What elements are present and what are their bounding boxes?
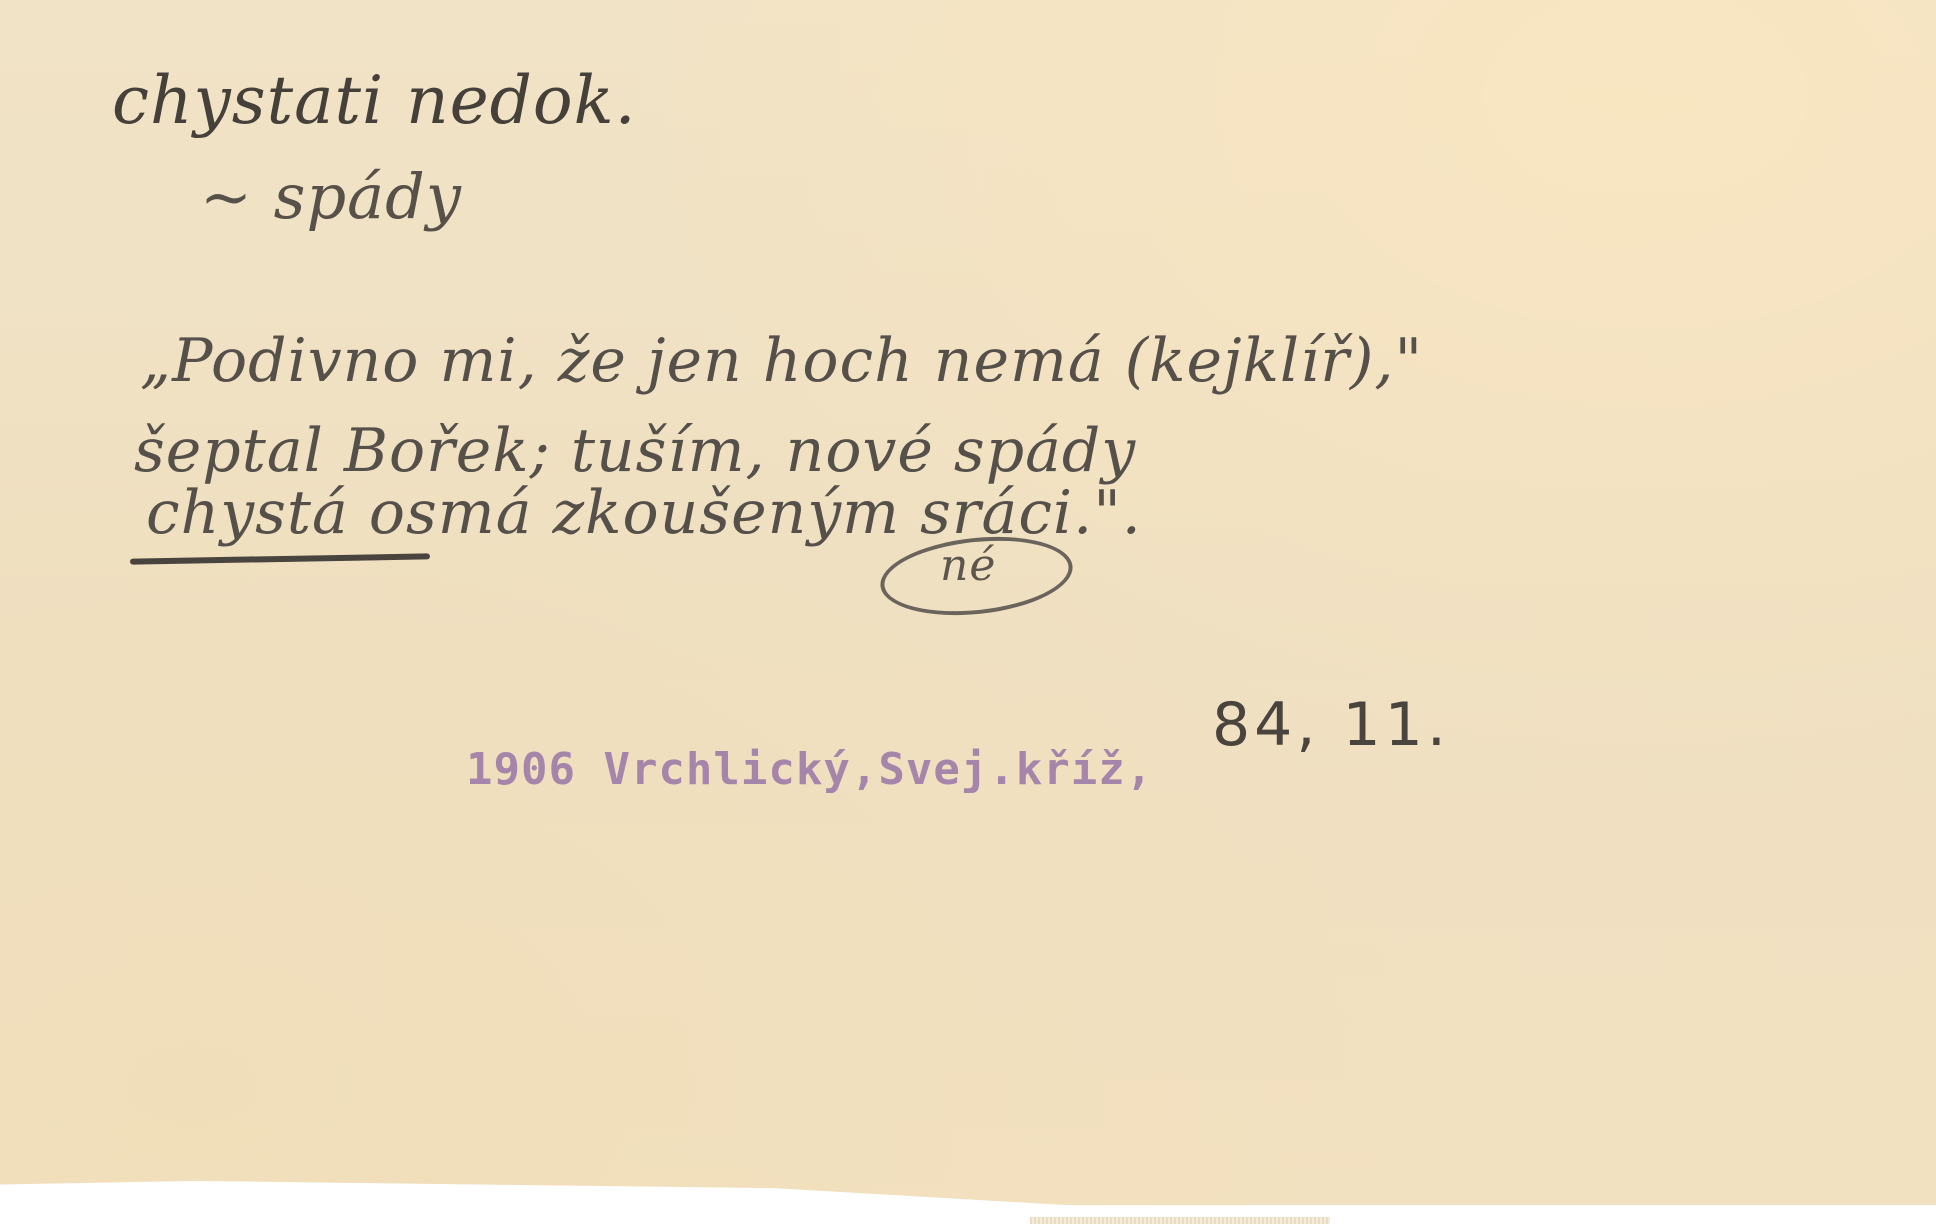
source-stamp: 1906 Vrchlický,Svej.kříž,	[466, 744, 1153, 795]
headword: chystati nedok.	[112, 62, 637, 139]
quote-line-1: „Podivno mi, že jen hoch nemá (kejklíř),…	[140, 326, 1423, 396]
quote-line-2: šeptal Bořek; tuším, nové spády	[134, 416, 1136, 486]
page-reference: 84, 11.	[1212, 690, 1450, 760]
correction-text: né	[940, 540, 996, 591]
scan-edge-artifact	[1030, 1217, 1330, 1224]
variant-form: ~ spády	[200, 160, 462, 233]
